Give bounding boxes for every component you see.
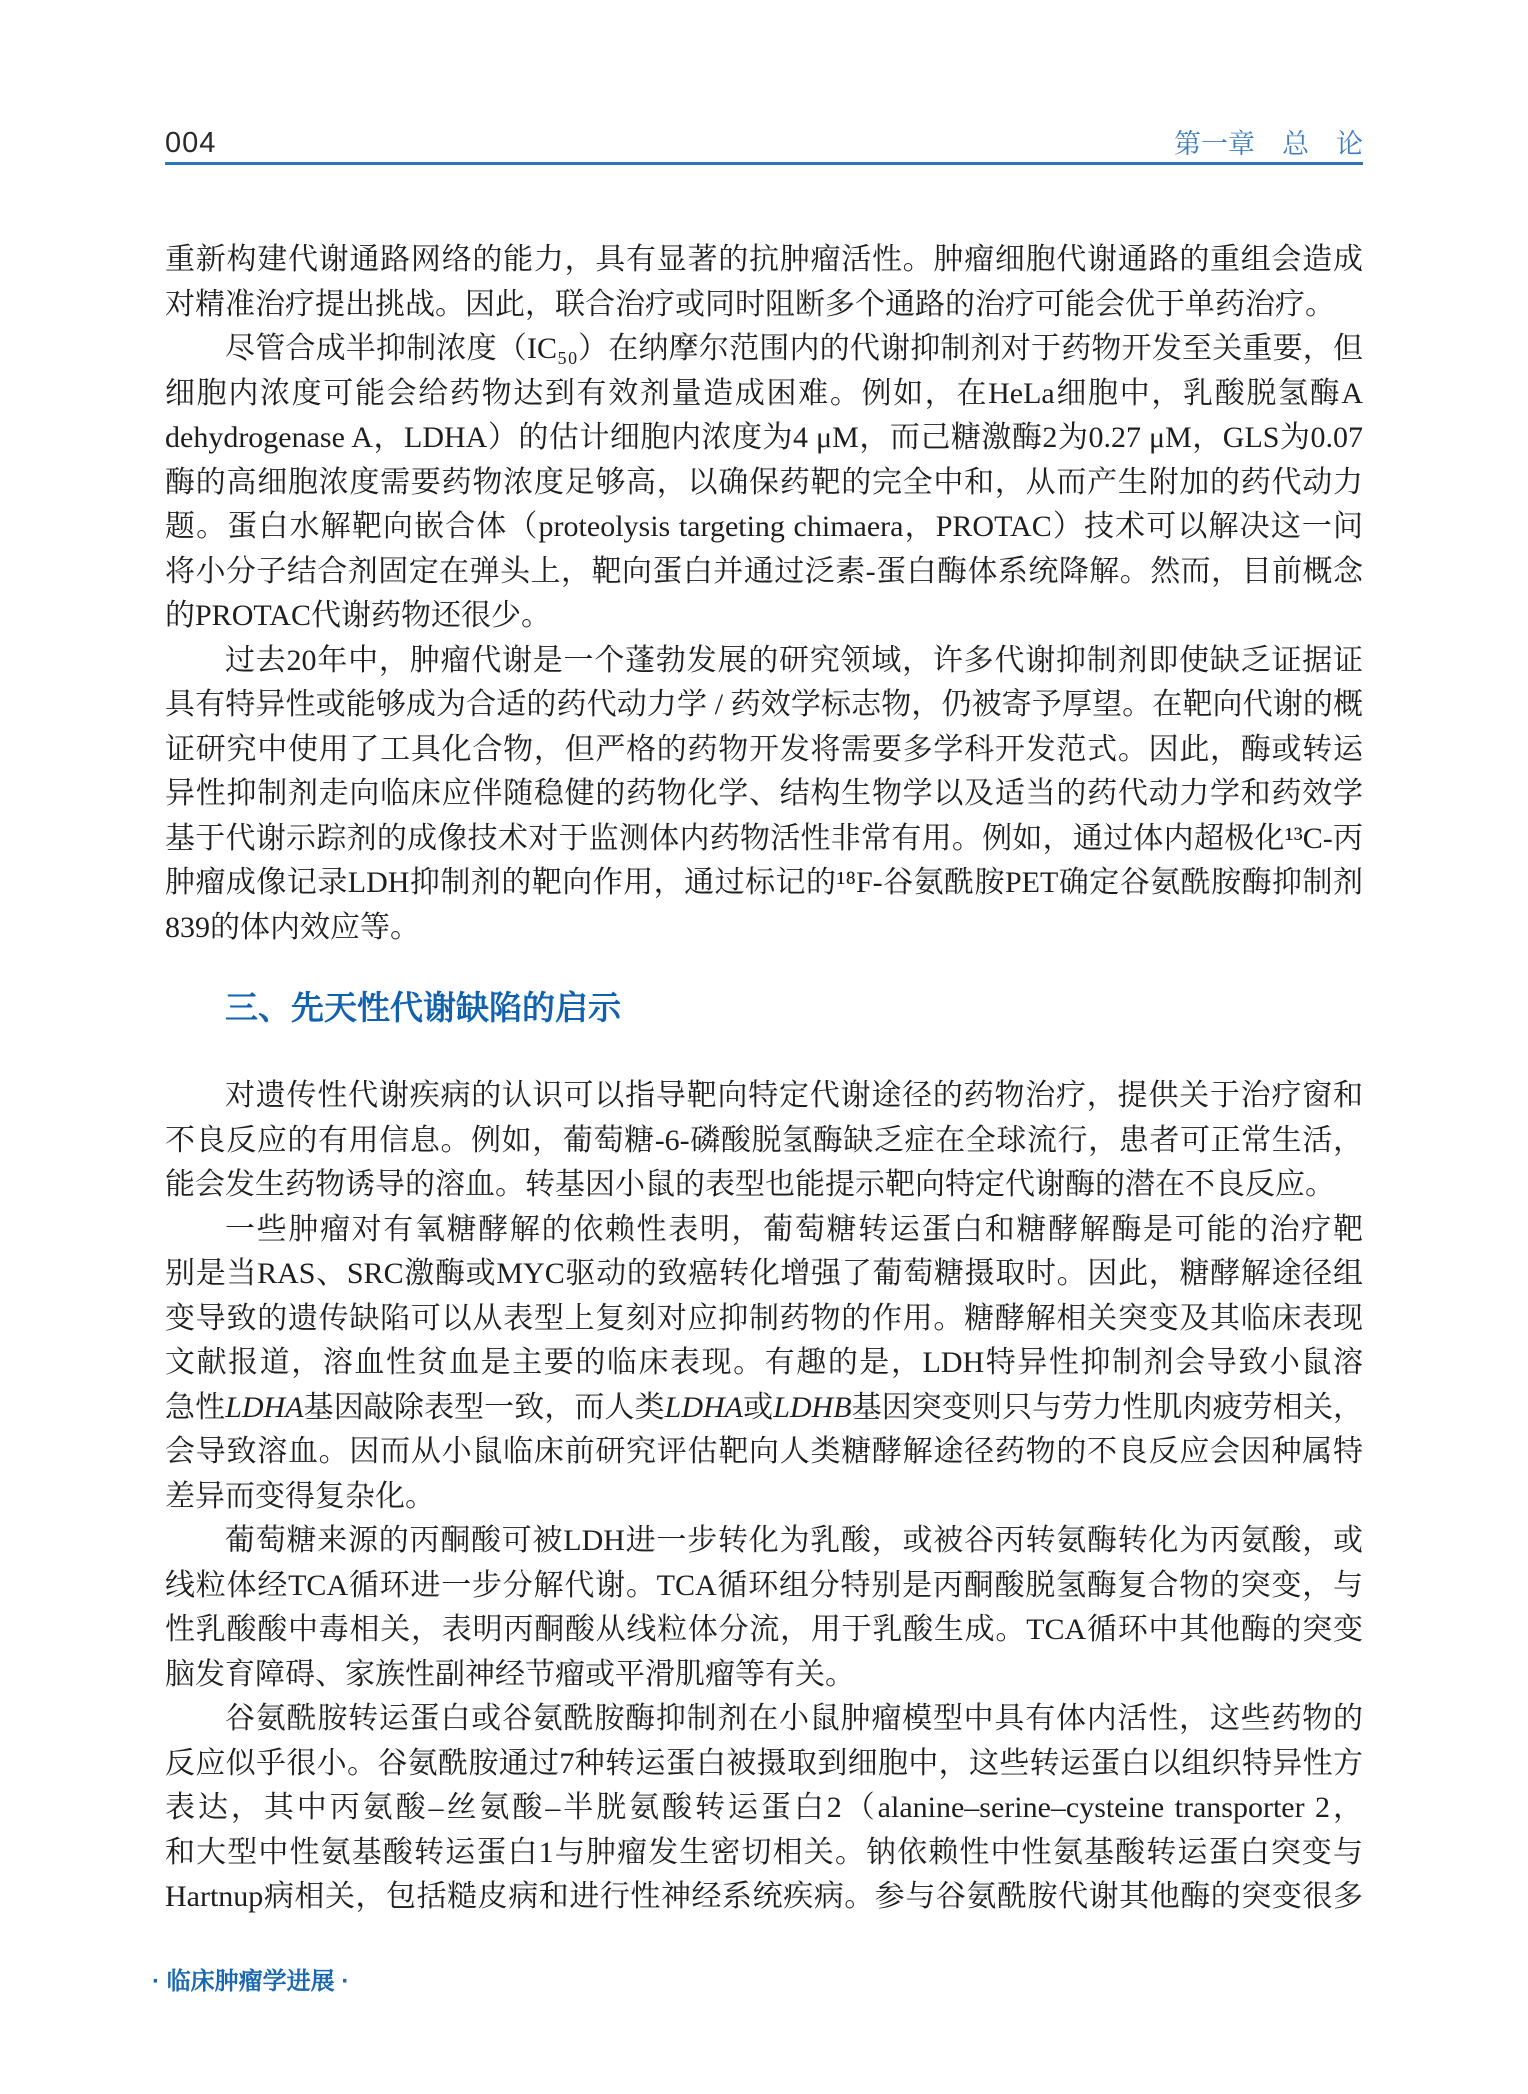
text-line: 重新构建代谢通路网络的能力，具有显著的抗肿瘤活性。肿瘤细胞代谢通路的重组会造成耐… [165,238,1363,283]
text-line: 对遗传性代谢疾病的认识可以指导靶向特定代谢途径的药物治疗，提供关于治疗窗和潜在 [165,1074,1363,1119]
text-line: 题。蛋白水解靶向嵌合体（proteolysis targeting chimae… [165,505,1363,550]
paragraph: 谷氨酰胺转运蛋白或谷氨酰胺酶抑制剂在小鼠肿瘤模型中具有体内活性，这些药物的不良 … [165,1697,1363,1920]
section-heading: 三、先天性代谢缺陷的启示 [225,986,1363,1030]
paragraph: 葡萄糖来源的丙酮酸可被LDH进一步转化为乳酸，或被谷丙转氨酶转化为丙氨酸，或进入… [165,1519,1363,1697]
page-number: 004 [165,129,216,158]
text-line: 表达，其中丙氨酸–丝氨酸–半胱氨酸转运蛋白2（alanine–serine–cy… [165,1786,1363,1831]
text-line: 和大型中性氨基酸转运蛋白1与肿瘤发生密切相关。钠依赖性中性氨基酸转运蛋白突变与 [165,1831,1363,1876]
text-line: 具有特异性或能够成为合适的药代动力学 / 药效学标志物，仍被寄予厚望。在靶向代谢… [165,683,1363,728]
text-line: 肿瘤成像记录LDH抑制剂的靶向作用，通过标记的¹⁸F-谷氨酰胺PET确定谷氨酰胺… [165,861,1363,906]
text-line: 谷氨酰胺转运蛋白或谷氨酰胺酶抑制剂在小鼠肿瘤模型中具有体内活性，这些药物的不良 [165,1697,1363,1742]
text-line: dehydrogenase A，LDHA）的估计细胞内浓度为4 μM，而己糖激酶… [165,416,1363,461]
text-line: 别是当RAS、SRC激酶或MYC驱动的致癌转化增强了葡萄糖摄取时。因此，糖酵解途… [165,1252,1363,1297]
text-line: 将小分子结合剂固定在弹头上，靶向蛋白并通过泛素-蛋白酶体系统降解。然而，目前概念… [165,550,1363,595]
gene-name: LDHB [773,1391,851,1424]
gene-name: LDHA [225,1391,303,1424]
text-line: 基于代谢示踪剂的成像技术对于监测体内药物活性非常有用。例如，通过体内超极化¹³C… [165,817,1363,862]
text-line: 能会发生药物诱导的溶血。转基因小鼠的表型也能提示靶向特定代谢酶的潜在不良反应。 [165,1163,1363,1208]
text-line: 过去20年中，肿瘤代谢是一个蓬勃发展的研究领域，许多代谢抑制剂即使缺乏证据证明其 [165,639,1363,684]
text-line: 尽管合成半抑制浓度（IC₅₀）在纳摩尔范围内的代谢抑制剂对于药物开发至关重要，但… [165,327,1363,372]
page-header: 004 第一章 总 论 [165,116,1363,158]
paragraph: 对遗传性代谢疾病的认识可以指导靶向特定代谢途径的药物治疗，提供关于治疗窗和潜在 … [165,1074,1363,1208]
paragraph: 尽管合成半抑制浓度（IC₅₀）在纳摩尔范围内的代谢抑制剂对于药物开发至关重要，但… [165,327,1363,639]
paragraph: 重新构建代谢通路网络的能力，具有显著的抗肿瘤活性。肿瘤细胞代谢通路的重组会造成耐… [165,238,1363,327]
book-page: 004 第一章 总 论 重新构建代谢通路网络的能力，具有显著的抗肿瘤活性。肿瘤细… [0,0,1528,2094]
text-line: 葡萄糖来源的丙酮酸可被LDH进一步转化为乳酸，或被谷丙转氨酶转化为丙氨酸，或进入 [165,1519,1363,1564]
text-line: Hartnup病相关，包括糙皮病和进行性神经系统疾病。参与谷氨酰胺代谢其他酶的突… [165,1875,1363,1920]
text-line: 反应似乎很小。谷氨酰胺通过7种转运蛋白被摄取到细胞中，这些转运蛋白以组织特异性方… [165,1742,1363,1787]
text-line: 不良反应的有用信息。例如，葡萄糖-6-磷酸脱氢酶缺乏症在全球流行，患者可正常生活… [165,1119,1363,1164]
footer-book-title: · 临床肿瘤学进展 · [152,1970,349,1994]
text-line: 急性LDHA基因敲除表型一致，而人类LDHA或LDHB基因突变则只与劳力性肌肉疲… [165,1386,1363,1431]
text-line: 异性抑制剂走向临床应伴随稳健的药物化学、结构生物学以及适当的药代动力学和药效学研… [165,772,1363,817]
text-line: 线粒体经TCA循环进一步分解代谢。TCA循环组分特别是丙酮酸脱氢酶复合物的突变，… [165,1564,1363,1609]
text-line: 一些肿瘤对有氧糖酵解的依赖性表明，葡萄糖转运蛋白和糖酵解酶是可能的治疗靶点，特 [165,1208,1363,1253]
text-run: 或 [743,1391,773,1424]
text-line: 839的体内效应等。 [165,906,1363,951]
text-line: 性乳酸酸中毒相关，表明丙酮酸从线粒体分流，用于乳酸生成。TCA循环中其他酶的突变… [165,1608,1363,1653]
text-line: 对精准治疗提出挑战。因此，联合治疗或同时阻断多个通路的治疗可能会优于单药治疗。 [165,283,1363,328]
text-line: 差异而变得复杂化。 [165,1475,1363,1520]
text-run: 急性 [165,1391,225,1424]
text-run: 基因敲除表型一致，而人类 [304,1391,665,1424]
body-text: 重新构建代谢通路网络的能力，具有显著的抗肿瘤活性。肿瘤细胞代谢通路的重组会造成耐… [165,238,1363,1920]
paragraph: 过去20年中，肿瘤代谢是一个蓬勃发展的研究领域，许多代谢抑制剂即使缺乏证据证明其… [165,639,1363,951]
chapter-title: 第一章 总 论 [1174,131,1363,158]
text-line: 的PROTAC代谢药物还很少。 [165,594,1363,639]
header-rule [165,162,1363,165]
text-line: 证研究中使用了工具化合物，但严格的药物开发将需要多学科开发范式。因此，酶或转运蛋… [165,728,1363,773]
text-line: 细胞内浓度可能会给药物达到有效剂量造成困难。例如，在HeLa细胞中，乳酸脱氢酶A… [165,372,1363,417]
text-line: 文献报道，溶血性贫血是主要的临床表现。有趣的是，LDH特异性抑制剂会导致小鼠溶血… [165,1341,1363,1386]
paragraph: 一些肿瘤对有氧糖酵解的依赖性表明，葡萄糖转运蛋白和糖酵解酶是可能的治疗靶点，特 … [165,1208,1363,1520]
text-line: 会导致溶血。因而从小鼠临床前研究评估靶向人类糖酵解途径药物的不良反应会因种属特异… [165,1430,1363,1475]
text-line: 酶的高细胞浓度需要药物浓度足够高，以确保药靶的完全中和，从而产生附加的药代动力学… [165,461,1363,506]
text-line: 脑发育障碍、家族性副神经节瘤或平滑肌瘤等有关。 [165,1653,1363,1698]
text-line: 变导致的遗传缺陷可以从表型上复刻对应抑制药物的作用。糖酵解相关突变及其临床表现已… [165,1297,1363,1342]
gene-name: LDHA [665,1391,743,1424]
